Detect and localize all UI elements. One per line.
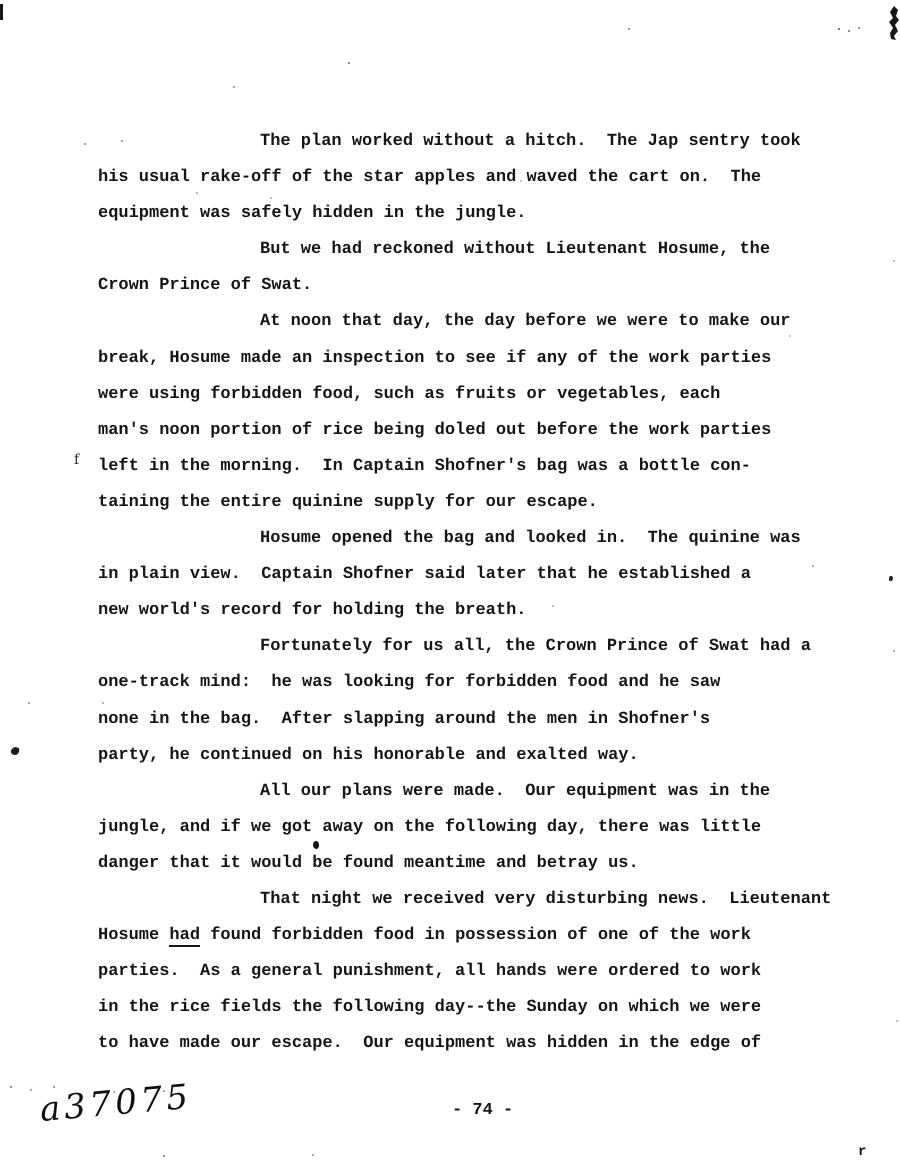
ink-dot bbox=[313, 841, 319, 849]
noise-speck bbox=[312, 1154, 314, 1156]
text-run: to have made our escape. Our equipment w… bbox=[98, 1034, 761, 1053]
text-line: Hosume opened the bag and looked in. The… bbox=[98, 521, 818, 557]
ink-smudge bbox=[884, 6, 900, 42]
text-run: taining the entire quinine supply for ou… bbox=[98, 493, 598, 512]
text-run: were using forbidden food, such as fruit… bbox=[98, 385, 720, 404]
noise-speck bbox=[628, 28, 630, 30]
text-line: to have made our escape. Our equipment w… bbox=[98, 1026, 818, 1062]
text-run: new world's record for holding the breat… bbox=[98, 601, 526, 620]
noise-speck bbox=[848, 30, 850, 32]
text-line: taining the entire quinine supply for ou… bbox=[98, 485, 818, 521]
noise-speck bbox=[893, 260, 895, 262]
noise-speck bbox=[84, 143, 86, 145]
noise-speck bbox=[163, 1090, 165, 1092]
text-line: in the rice fields the following day--th… bbox=[98, 990, 818, 1026]
noise-speck bbox=[10, 1086, 12, 1088]
text-run: The plan worked without a hitch. The Jap… bbox=[260, 132, 801, 151]
text-line: break, Hosume made an inspection to see … bbox=[98, 341, 818, 377]
text-line: were using forbidden food, such as fruit… bbox=[98, 377, 818, 413]
noise-speck bbox=[520, 180, 522, 182]
noise-speck bbox=[893, 650, 895, 652]
text-run: Crown Prince of Swat. bbox=[98, 276, 312, 295]
noise-speck bbox=[102, 702, 104, 704]
text-body: The plan worked without a hitch. The Jap… bbox=[98, 124, 818, 1062]
noise-speck bbox=[196, 192, 198, 194]
text-line: none in the bag. After slapping around t… bbox=[98, 702, 818, 738]
noise-speck bbox=[789, 335, 791, 337]
noise-speck bbox=[838, 28, 840, 30]
underlined-word: had bbox=[169, 926, 200, 947]
text-run: At noon that day, the day before we were… bbox=[260, 312, 791, 331]
text-line: danger that it would be found meantime a… bbox=[98, 846, 818, 882]
noise-speck bbox=[858, 27, 860, 29]
text-line: new world's record for holding the breat… bbox=[98, 593, 818, 629]
text-line: But we had reckoned without Lieutenant H… bbox=[98, 232, 818, 268]
text-run: danger that it would be found meantime a… bbox=[98, 854, 639, 873]
text-run: his usual rake-off of the star apples an… bbox=[98, 168, 761, 187]
stray-mark: f bbox=[74, 452, 79, 468]
text-run: jungle, and if we got away on the follow… bbox=[98, 818, 761, 837]
text-line: equipment was safely hidden in the jungl… bbox=[98, 196, 818, 232]
stray-mark: r bbox=[858, 1144, 866, 1160]
text-run: found forbidden food in possession of on… bbox=[200, 926, 751, 945]
text-line: man's noon portion of rice being doled o… bbox=[98, 413, 818, 449]
page-number: - 74 - bbox=[452, 1101, 513, 1120]
text-line: left in the morning. In Captain Shofner'… bbox=[98, 449, 818, 485]
noise-speck bbox=[270, 197, 272, 199]
text-line: jungle, and if we got away on the follow… bbox=[98, 810, 818, 846]
text-run: Hosume opened the bag and looked in. The… bbox=[260, 529, 801, 548]
ink-blob bbox=[10, 746, 20, 756]
handwritten-note: a37075 bbox=[38, 1077, 193, 1130]
noise-speck bbox=[896, 1020, 898, 1022]
text-line: Hosume had found forbidden food in posse… bbox=[98, 918, 818, 954]
text-run: party, he continued on his honorable and… bbox=[98, 746, 639, 765]
text-line: Fortunately for us all, the Crown Prince… bbox=[98, 629, 818, 665]
noise-speck bbox=[163, 1155, 165, 1157]
text-line: That night we received very disturbing n… bbox=[98, 882, 818, 918]
text-run: But we had reckoned without Lieutenant H… bbox=[260, 240, 770, 259]
noise-speck bbox=[445, 315, 447, 317]
text-run: That night we received very disturbing n… bbox=[260, 890, 831, 909]
noise-speck bbox=[53, 1086, 55, 1088]
text-line: his usual rake-off of the star apples an… bbox=[98, 160, 818, 196]
text-run: man's noon portion of rice being doled o… bbox=[98, 421, 771, 440]
text-line: All our plans were made. Our equipment w… bbox=[98, 774, 818, 810]
text-run: break, Hosume made an inspection to see … bbox=[98, 349, 771, 368]
noise-speck bbox=[113, 1091, 115, 1093]
text-line: one-track mind: he was looking for forbi… bbox=[98, 665, 818, 701]
text-run: parties. As a general punishment, all ha… bbox=[98, 962, 761, 981]
text-run: All our plans were made. Our equipment w… bbox=[260, 782, 770, 801]
text-run: in plain view. Captain Shofner said late… bbox=[98, 565, 751, 584]
text-run: none in the bag. After slapping around t… bbox=[98, 710, 710, 729]
scanned-document-page: The plan worked without a hitch. The Jap… bbox=[0, 0, 900, 1166]
text-line: Crown Prince of Swat. bbox=[98, 268, 818, 304]
noise-speck bbox=[233, 86, 235, 88]
text-run: one-track mind: he was looking for forbi… bbox=[98, 673, 720, 692]
text-line: parties. As a general punishment, all ha… bbox=[98, 954, 818, 990]
text-run: in the rice fields the following day--th… bbox=[98, 998, 761, 1017]
text-line: in plain view. Captain Shofner said late… bbox=[98, 557, 818, 593]
text-line: party, he continued on his honorable and… bbox=[98, 738, 818, 774]
noise-speck bbox=[348, 62, 350, 64]
text-run: Fortunately for us all, the Crown Prince… bbox=[260, 637, 811, 656]
noise-speck bbox=[121, 140, 123, 142]
noise-speck bbox=[812, 565, 814, 567]
noise-speck bbox=[30, 1089, 32, 1091]
text-line: The plan worked without a hitch. The Jap… bbox=[98, 124, 818, 160]
text-line: At noon that day, the day before we were… bbox=[98, 304, 818, 340]
noise-speck bbox=[28, 702, 30, 704]
text-run: Hosume bbox=[98, 926, 169, 945]
stray-mark bbox=[889, 576, 893, 581]
noise-speck bbox=[552, 605, 554, 607]
text-run: left in the morning. In Captain Shofner'… bbox=[98, 457, 751, 476]
scan-edge-mark bbox=[0, 4, 3, 20]
text-run: equipment was safely hidden in the jungl… bbox=[98, 204, 526, 223]
